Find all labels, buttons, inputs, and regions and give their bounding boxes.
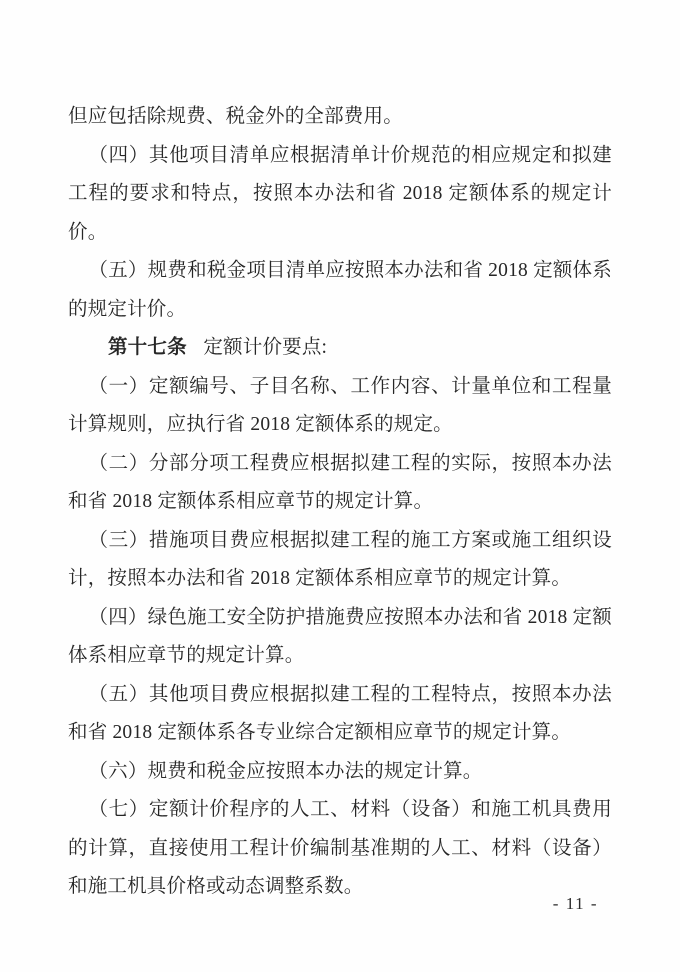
paragraph-clause: （三）措施项目费应根据拟建工程的施工方案或施工组织设计，按照本办法和省 2018…: [68, 522, 612, 599]
article-number: 第十七条: [108, 337, 187, 358]
paragraph-clause: （二）分部分项工程费应根据拟建工程的实际，按照本办法和省 2018 定额体系相应…: [68, 445, 612, 522]
document-body: 但应包括除规费、税金外的全部费用。 （四）其他项目清单应根据清单计价规范的相应规…: [68, 98, 612, 907]
page-number: - 11 -: [553, 894, 598, 914]
paragraph-clause: （五）其他项目费应根据拟建工程的工程特点，按照本办法和省 2018 定额体系各专…: [68, 676, 612, 753]
paragraph-clause: （七）定额计价程序的人工、材料（设备）和施工机具费用的计算，直接使用工程计价编制…: [68, 791, 612, 907]
document-page: 但应包括除规费、税金外的全部费用。 （四）其他项目清单应根据清单计价规范的相应规…: [0, 0, 680, 972]
article-heading: 第十七条定额计价要点:: [68, 329, 612, 368]
paragraph-clause: （四）绿色施工安全防护措施费应按照本办法和省 2018 定额体系相应章节的规定计…: [68, 599, 612, 676]
paragraph-continuation: 但应包括除规费、税金外的全部费用。: [68, 98, 612, 137]
paragraph-clause: （五）规费和税金项目清单应按照本办法和省 2018 定额体系的规定计价。: [68, 252, 612, 329]
paragraph-clause: （一）定额编号、子目名称、工作内容、计量单位和工程量计算规则，应执行省 2018…: [68, 368, 612, 445]
paragraph-clause: （四）其他项目清单应根据清单计价规范的相应规定和拟建工程的要求和特点，按照本办法…: [68, 137, 612, 253]
article-title: 定额计价要点:: [203, 337, 327, 358]
paragraph-clause: （六）规费和税金应按照本办法的规定计算。: [68, 753, 612, 792]
